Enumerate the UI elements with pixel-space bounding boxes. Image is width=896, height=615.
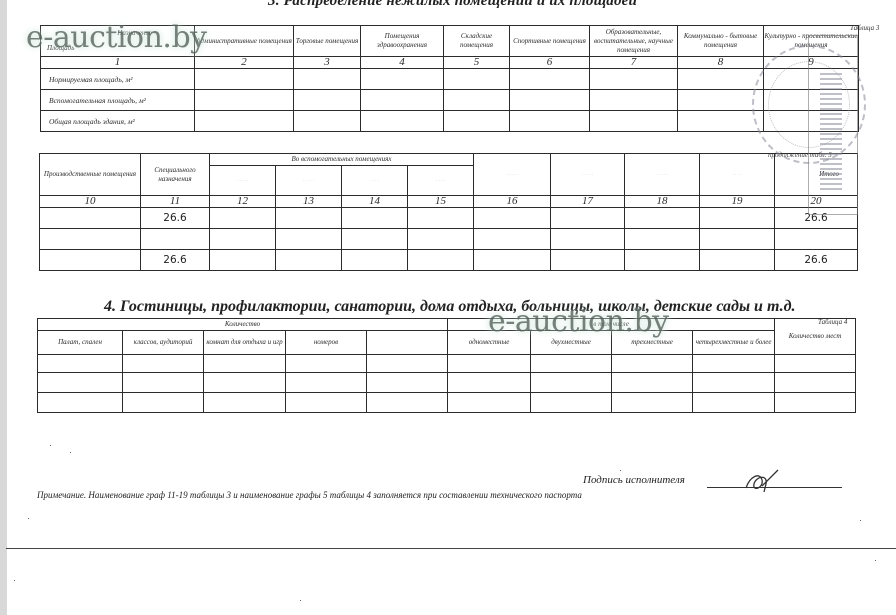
value-col11-normed: 26.6 xyxy=(141,208,210,229)
col-header-quad-plus: четырехместные и более xyxy=(693,331,775,355)
table-row: 26.6 26.6 xyxy=(40,250,858,271)
col-header-3: Торговые помещения xyxy=(294,26,361,57)
table-row: Общая площадь здания, м² xyxy=(41,111,859,132)
scan-left-edge xyxy=(0,0,7,615)
col-num-3: 3 xyxy=(294,57,361,69)
col-num-7: 7 xyxy=(590,57,678,69)
table-row: Вспомогательная площадь, м² xyxy=(41,90,859,111)
value-col20-auxiliary xyxy=(775,229,858,250)
col-header-triple: трехместные xyxy=(612,331,693,355)
col-header-7: Образовательные, воспитательные, научные… xyxy=(590,26,678,57)
corner-header-top: Назначение xyxy=(117,29,152,38)
col-header-12: · · · · · xyxy=(210,166,276,196)
col-header-17: · · · · · xyxy=(551,154,625,196)
col-header-single: одноместные xyxy=(448,331,531,355)
table4-title: 4. Гостиницы, профилактории, санатории, … xyxy=(104,298,796,316)
signature-scribble-icon xyxy=(742,466,782,496)
col-num-1: 1 xyxy=(41,57,195,69)
col-num-17: 17 xyxy=(551,196,625,208)
col-num-12: 12 xyxy=(210,196,276,208)
col-header-wards: Палат, спален xyxy=(38,331,123,355)
col-num-4: 4 xyxy=(361,57,444,69)
value-col11-auxiliary xyxy=(141,229,210,250)
col-header-13: · · · · · xyxy=(276,166,342,196)
col-header-classes: классов, аудиторий xyxy=(123,331,204,355)
col-header-18: · · · · · xyxy=(625,154,700,196)
group-header-quantity: Количество xyxy=(38,319,448,331)
col-num-6: 6 xyxy=(510,57,590,69)
col-header-11: Специального назначения xyxy=(141,154,210,196)
group-header-auxiliary: Во вспомогательных помещениях xyxy=(210,154,474,166)
table-row: Нормируемая площадь, м² xyxy=(41,69,859,90)
stamp-text-block xyxy=(820,70,842,190)
table-row xyxy=(38,355,856,373)
col-num-18: 18 xyxy=(625,196,700,208)
col-header-6: Спортивные помещения xyxy=(510,26,590,57)
table-row xyxy=(40,229,858,250)
col-num-15: 15 xyxy=(408,196,474,208)
table3-title: 3. Распределение нежилых помещений и их … xyxy=(268,0,637,10)
col-num-14: 14 xyxy=(342,196,408,208)
col-header-16: · · · · · xyxy=(474,154,551,196)
col-header-19: · · · · xyxy=(700,154,775,196)
col-header-10: Производственные помещения xyxy=(40,154,141,196)
col-header-blank xyxy=(367,331,448,355)
col-header-8: Коммунально - бытовые помещения xyxy=(678,26,764,57)
value-col11-total: 26.6 xyxy=(141,250,210,271)
table-row xyxy=(38,373,856,393)
table3-top: Назначение Площадь Административные поме… xyxy=(40,25,859,132)
footnote: Примечание. Наименование граф 11-19 табл… xyxy=(37,490,582,500)
corner-header: Назначение Площадь xyxy=(41,26,195,57)
table-row: 26.6 26.6 xyxy=(40,208,858,229)
col-num-8: 8 xyxy=(678,57,764,69)
col-header-15: · · · · xyxy=(408,166,474,196)
col-header-5: Складские помещения xyxy=(444,26,510,57)
signature-label: Подпись исполнителя xyxy=(583,474,685,486)
col-header-rest-rooms: комнат для отдыха и игр xyxy=(204,331,286,355)
row-label-total-area: Общая площадь здания, м² xyxy=(41,111,195,132)
table4: Количество в том числе Количество мест П… xyxy=(37,318,856,413)
value-col20-total: 26.6 xyxy=(775,250,858,271)
page-divider-line xyxy=(6,548,896,549)
table3-bottom: Производственные помещения Специального … xyxy=(39,153,858,271)
col-header-rooms: номеров xyxy=(286,331,367,355)
col-header-4: Помещения здравоохранения xyxy=(361,26,444,57)
table-row xyxy=(38,393,856,413)
col-header-14: · · · · xyxy=(342,166,408,196)
col-num-16: 16 xyxy=(474,196,551,208)
row-label-normed-area: Нормируемая площадь, м² xyxy=(41,69,195,90)
col-num-10: 10 xyxy=(40,196,141,208)
col-header-places: Количество мест xyxy=(775,319,856,355)
col-num-19: 19 xyxy=(700,196,775,208)
col-num-11: 11 xyxy=(141,196,210,208)
col-num-13: 13 xyxy=(276,196,342,208)
col-num-2: 2 xyxy=(195,57,294,69)
col-header-double: двухместные xyxy=(531,331,612,355)
col-header-2: Административные помещения xyxy=(195,26,294,57)
row-label-auxiliary-area: Вспомогательная площадь, м² xyxy=(41,90,195,111)
group-header-in-that-number: в том числе xyxy=(448,319,775,331)
col-num-5: 5 xyxy=(444,57,510,69)
corner-header-bottom: Площадь xyxy=(47,44,74,53)
